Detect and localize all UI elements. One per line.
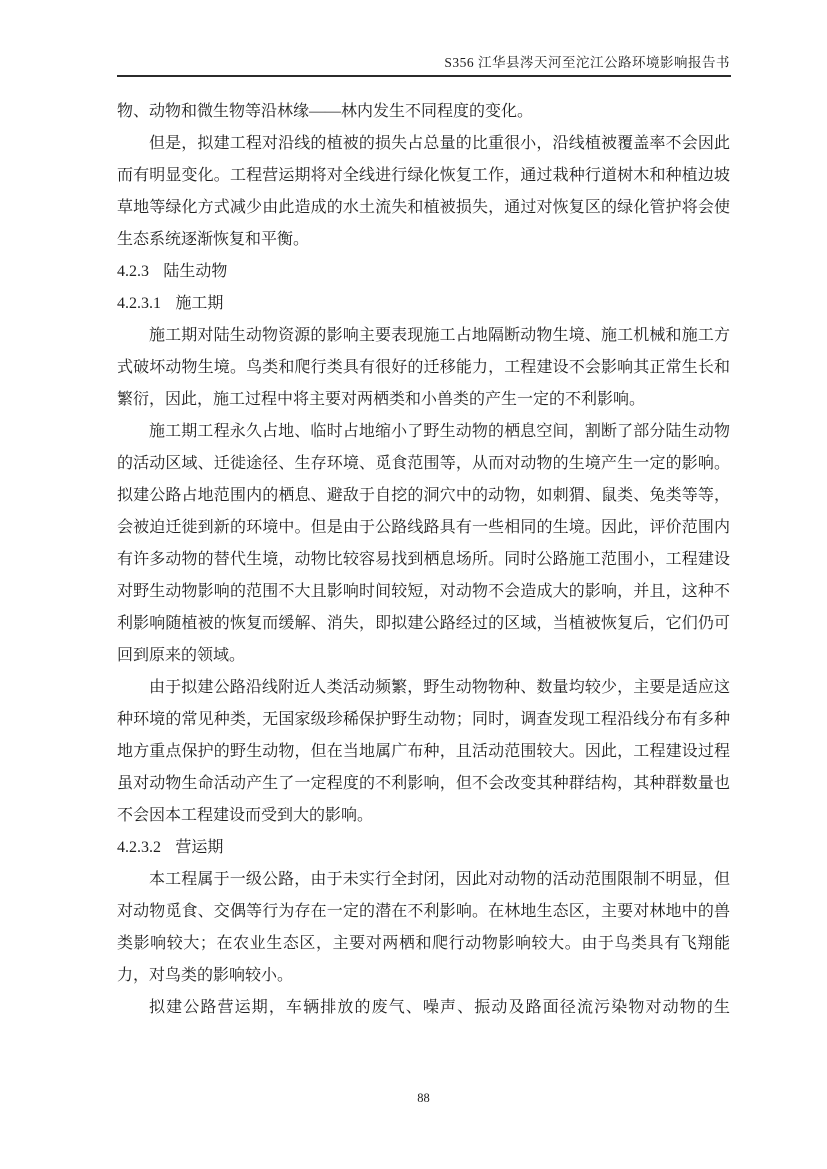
paragraph-construction-impact: 施工期对陆生动物资源的影响主要表现施工占地隔断动物生境、施工机械和施工方式破坏动…	[117, 320, 730, 416]
page-number: 88	[417, 1091, 430, 1105]
document-page: S356 江华县涔天河至沱江公路环境影响报告书 物、动物和微生物等沿林缘——林内…	[0, 0, 827, 1169]
paragraph-operation-impact: 本工程属于一级公路，由于未实行全封闭，因此对动物的活动范围限制不明显，但对动物觅…	[117, 864, 730, 992]
header-title: S356 江华县涔天河至沱江公路环境影响报告书	[117, 54, 730, 72]
paragraph-wildlife-species: 由于拟建公路沿线附近人类活动频繁，野生动物物种、数量均较少，主要是适应这种环境的…	[117, 672, 730, 832]
heading-number: 4.2.3.1	[117, 295, 161, 312]
heading-4-2-3-terrestrial-animals: 4.2.3陆生动物	[117, 256, 730, 288]
page-footer: 88	[117, 1090, 730, 1106]
paragraph-operation-pollution: 拟建公路营运期，车辆排放的废气、噪声、振动及路面径流污染物对动物的生	[117, 992, 730, 1024]
header-rule	[117, 75, 731, 77]
heading-number: 4.2.3	[117, 263, 149, 280]
heading-4-2-3-1-construction-period: 4.2.3.1施工期	[117, 288, 730, 320]
heading-number: 4.2.3.2	[117, 839, 161, 856]
paragraph-forest-edge: 物、动物和微生物等沿林缘——林内发生不同程度的变化。	[117, 96, 730, 128]
heading-title: 陆生动物	[163, 263, 227, 280]
heading-title: 施工期	[175, 295, 223, 312]
paragraph-habitat-occupation: 施工期工程永久占地、临时占地缩小了野生动物的栖息空间，割断了部分陆生动物的活动区…	[117, 416, 730, 672]
heading-title: 营运期	[175, 839, 223, 856]
paragraph-vegetation-loss: 但是，拟建工程对沿线的植被的损失占总量的比重很小，沿线植被覆盖率不会因此而有明显…	[117, 128, 730, 256]
heading-4-2-3-2-operation-period: 4.2.3.2营运期	[117, 832, 730, 864]
document-body: 物、动物和微生物等沿林缘——林内发生不同程度的变化。 但是，拟建工程对沿线的植被…	[117, 96, 730, 1024]
